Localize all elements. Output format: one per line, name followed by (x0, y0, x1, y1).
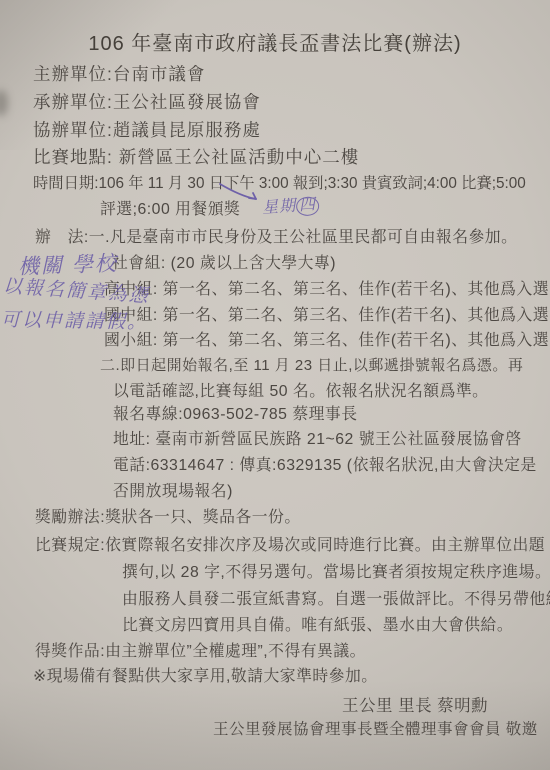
group-social-line: 社會組: (20 歲以上含大學大專) (112, 255, 336, 273)
paper-edge-smudge (0, 90, 8, 116)
date-note-circled-char: 四 (296, 196, 320, 216)
handwritten-date-note: 星期四 (261, 191, 320, 219)
doc-title: 106 年臺南市政府議長盃書法比賽(辦法) (0, 27, 550, 56)
method-line-1: 辦 法:一.凡是臺南市市民身份及王公社區里民都可自由報名參加。 (35, 229, 517, 247)
rules-line-2: 撰句,以 28 字,不得另選句。當場比賽者須按規定秩序進場。 (122, 564, 550, 582)
phone-fax-line-2: 否開放現場報名) (113, 483, 233, 501)
registration-line-2: 以電話確認,比賽每組 50 名。依報名狀況名額爲準。 (113, 383, 488, 401)
awards-line: 獎勵辦法:獎狀各一只、獎品各一份。 (35, 509, 301, 527)
signature-association: 王公里發展協會理事長暨全體理事會會員 敬邀 (213, 721, 538, 739)
host-line: 主辦單位:台南市議會 (33, 64, 205, 84)
winning-works-line: 得獎作品:由主辦單位”全權處理”,不得有異議。 (35, 643, 366, 661)
address-line: 地址: 臺南市新營區民族路 21~62 號王公社區發展協會啓 (113, 431, 522, 449)
handwritten-side-note-line2: 以報名簡章為憑 (2, 271, 151, 308)
group-highschool-line: 高中組: 第一名、第二名、第三名、佳作(若干名)、其他爲入選 (104, 281, 549, 299)
group-elementary-line: 國小組: 第一名、第二名、第三名、佳作(若干名)、其他爲入選 (104, 332, 549, 350)
schedule-line: 時間日期:106 年 11 月 30 日下午 3:00 報到;3:30 貴賓致詞… (33, 175, 526, 193)
registration-line-1: 二.即日起開始報名,至 11 月 23 日止,以郵遞掛號報名爲憑。再 (100, 357, 523, 374)
refreshments-line: ※現場備有餐點供大家享用,敬請大家準時參加。 (33, 668, 378, 686)
rules-line-4: 比賽文房四寶用具自備。唯有紙張、墨水由大會供給。 (122, 617, 513, 635)
handwritten-side-note-line3: 可以申請請假。 (1, 305, 148, 335)
rules-line-3: 由服務人員發二張宣紙書寫。自選一張做評比。不得另帶他紙。 (122, 591, 550, 609)
venue-line: 比賽地點: 新營區王公社區活動中心二樓 (33, 147, 359, 167)
rules-line-1: 比賽規定:依實際報名安排次序及場次或同時進行比賽。由主辦單位出題 (35, 537, 545, 555)
date-note-text: 星期 (262, 198, 297, 217)
group-juniorhigh-line: 國中組: 第一名、第二名、第三名、佳作(若干名)、其他爲入選 (104, 307, 549, 325)
co-organizer-line: 協辦單位:趙議員昆原服務處 (33, 120, 261, 140)
schedule-line-2: 評選;6:00 用餐頒獎 (100, 201, 240, 219)
signature-chief: 王公里 里長 蔡明勳 (342, 697, 488, 716)
document-photo: 106 年臺南市政府議長盃書法比賽(辦法) 主辦單位:台南市議會 承辦單位:王公… (0, 0, 550, 770)
organizer-line: 承辦單位:王公社區發展協會 (33, 92, 261, 112)
hotline-line: 報名專線:0963-502-785 蔡理事長 (113, 406, 358, 424)
phone-fax-line: 電話:63314647 : 傳真:6329135 (依報名狀況,由大會決定是 (113, 457, 537, 475)
